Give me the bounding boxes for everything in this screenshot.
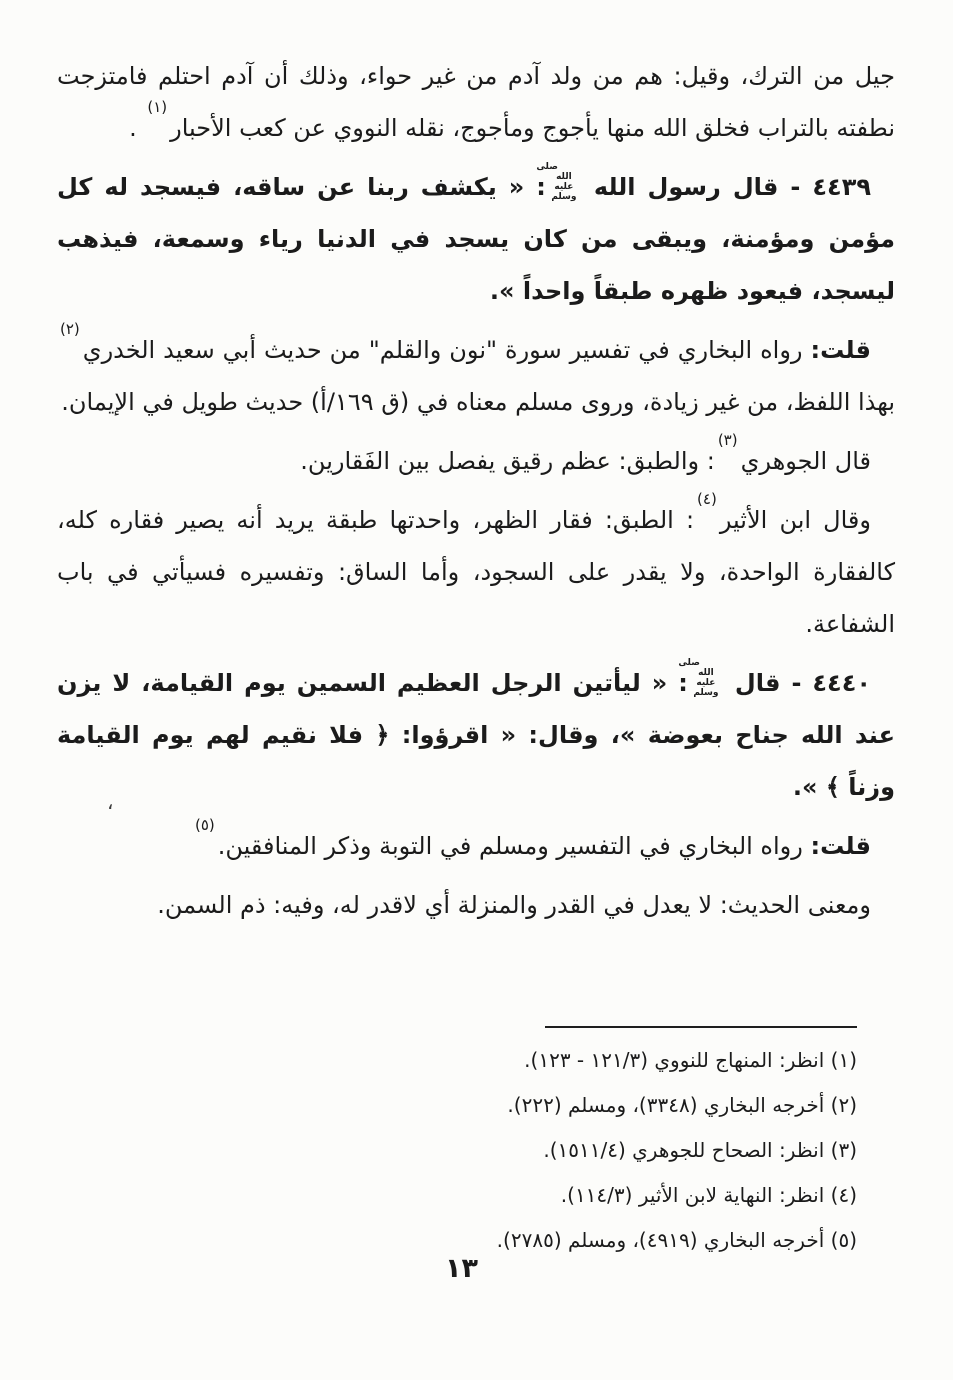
page-body: جيل من الترك، وقيل: هم من ولد آدم من غير… bbox=[57, 50, 895, 938]
body-text: ومعنى الحديث: لا يعدل في القدر والمنزلة … bbox=[157, 891, 871, 919]
footnote-3: (٣) انظر: الصحاح للجوهري (١٥١١/٤). bbox=[387, 1128, 857, 1173]
hadith-meaning: ومعنى الحديث: لا يعدل في القدر والمنزلة … bbox=[57, 879, 895, 931]
commentary-qultu-1: قلت: رواه البخاري في تفسير سورة "نون وال… bbox=[57, 324, 895, 428]
footnote-ref-4: (٤) bbox=[694, 490, 720, 508]
qultu-lead: قلت: bbox=[810, 832, 871, 860]
body-text: . bbox=[129, 114, 144, 142]
body-text: رواه البخاري في التفسير ومسلم في التوبة … bbox=[218, 832, 811, 860]
footnote-2: (٢) أخرجه البخاري (٣٣٤٨)، ومسلم (٢٢٢). bbox=[387, 1083, 857, 1128]
footnote-ref-2: (٢) bbox=[57, 320, 83, 338]
footnote-ref-3: (٣) bbox=[715, 431, 741, 449]
hadith-number-and-intro: ٤٤٤٠ - قال bbox=[724, 669, 871, 697]
hadith-text: ». bbox=[793, 773, 826, 801]
body-text: بهذا اللفظ، من غير زيادة، وروى مسلم معنا… bbox=[61, 388, 895, 416]
footnote-separator-rule bbox=[545, 1026, 857, 1028]
hadith-4439: ٤٤٣٩ - قال رسول الله صلى الله عليه وسلم:… bbox=[57, 161, 895, 317]
body-text: جيل من الترك، وقيل: هم من ولد آدم من غير… bbox=[57, 62, 895, 142]
body-text: رواه البخاري في تفسير سورة "نون والقلم" … bbox=[83, 336, 811, 364]
paragraph-continuation: جيل من الترك، وقيل: هم من ولد آدم من غير… bbox=[57, 50, 895, 154]
footnote-ref-1: (١) bbox=[144, 98, 170, 116]
scanned-book-page: جيل من الترك، وقيل: هم من ولد آدم من غير… bbox=[0, 0, 953, 1380]
body-text: : والطبق: عظم رقيق يفصل بين الفَقارين. bbox=[300, 447, 715, 475]
hadith-4440: ٤٤٤٠ - قال صلى الله عليه وسلم: « ليأتين … bbox=[57, 657, 895, 813]
ibn-athir-quote: وقال ابن الأثير(٤): الطبق: فقار الظهر، و… bbox=[57, 494, 895, 650]
commentary-qultu-2: قلت: رواه البخاري في التفسير ومسلم في ال… bbox=[57, 820, 895, 872]
body-text: وقال ابن الأثير bbox=[720, 506, 871, 534]
hadith-number-and-intro: ٤٤٣٩ - قال رسول الله bbox=[582, 173, 871, 201]
footnote-4: (٤) انظر: النهاية لابن الأثير (١١٤/٣). bbox=[387, 1173, 857, 1218]
footnote-1: (١) انظر: المنهاج للنووي (١٢١/٣ - ١٢٣). bbox=[387, 1038, 857, 1083]
qultu-lead: قلت: bbox=[810, 336, 871, 364]
pbuh-honorific-symbol: صلى الله عليه وسلم bbox=[688, 659, 724, 699]
jawhari-quote: قال الجوهري(٣): والطبق: عظم رقيق يفصل بي… bbox=[57, 435, 895, 487]
scan-speck: ، bbox=[107, 790, 113, 814]
page-number: ١٣ bbox=[0, 1253, 923, 1284]
body-text: قال الجوهري bbox=[741, 447, 871, 475]
pbuh-honorific-symbol: صلى الله عليه وسلم bbox=[546, 163, 582, 203]
footnote-ref-5: (٥) bbox=[192, 816, 218, 834]
footnotes-section: (١) انظر: المنهاج للنووي (١٢١/٣ - ١٢٣). … bbox=[387, 1026, 857, 1263]
